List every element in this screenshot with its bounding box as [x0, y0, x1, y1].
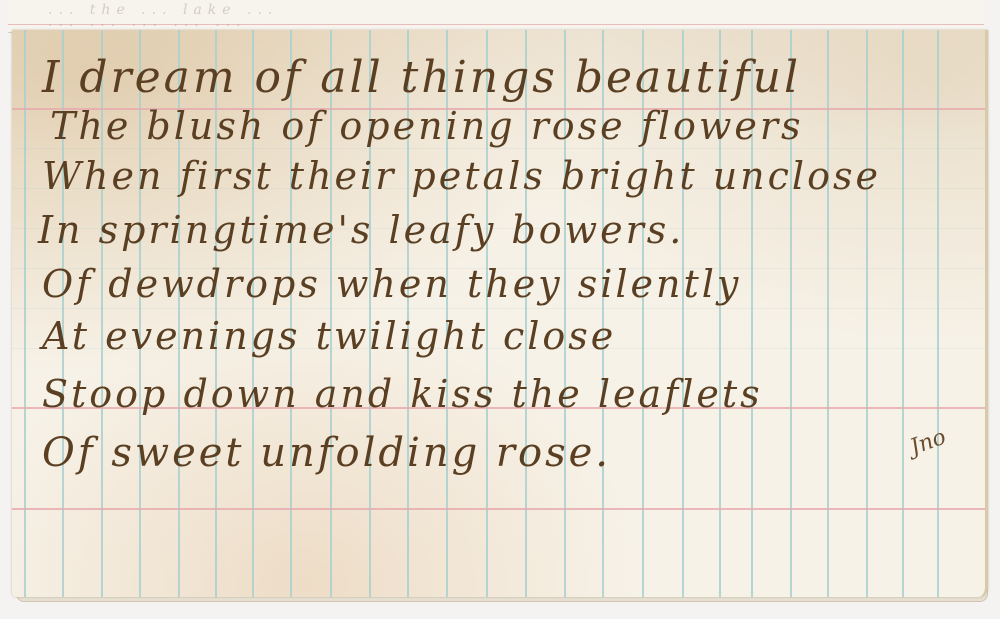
blue-rule	[937, 30, 939, 597]
poem-line-4: In springtime's leafy bowers.	[38, 208, 684, 252]
poem-line-7: Stoop down and kiss the leaflets	[42, 372, 763, 416]
blue-rule	[24, 30, 26, 597]
poem-line-6: At evenings twilight close	[42, 314, 616, 358]
notebook-page: I dream of all things beautiful The blus…	[12, 30, 988, 597]
poem-line-5: Of dewdrops when they silently	[42, 262, 741, 306]
red-rule	[12, 508, 985, 510]
poem-line-8: Of sweet unfolding rose.	[42, 430, 611, 476]
poem-line-1: I dream of all things beautiful	[42, 52, 801, 103]
faint-rule	[12, 148, 985, 149]
poem-line-2: The blush of opening rose flowers	[50, 104, 804, 148]
underlying-page-edge: ... the ... lake ... ... ... ... ... ...	[8, 0, 984, 33]
blue-rule	[866, 30, 868, 597]
underlying-red-rule	[8, 24, 984, 25]
faint-rule	[12, 308, 985, 309]
underlying-text-line-2: ... ... ... ... ...	[48, 14, 948, 30]
poem-line-3: When first their petals bright unclose	[42, 154, 881, 198]
blue-rule	[827, 30, 829, 597]
signature: Jno	[907, 425, 950, 461]
blue-rule	[902, 30, 904, 597]
